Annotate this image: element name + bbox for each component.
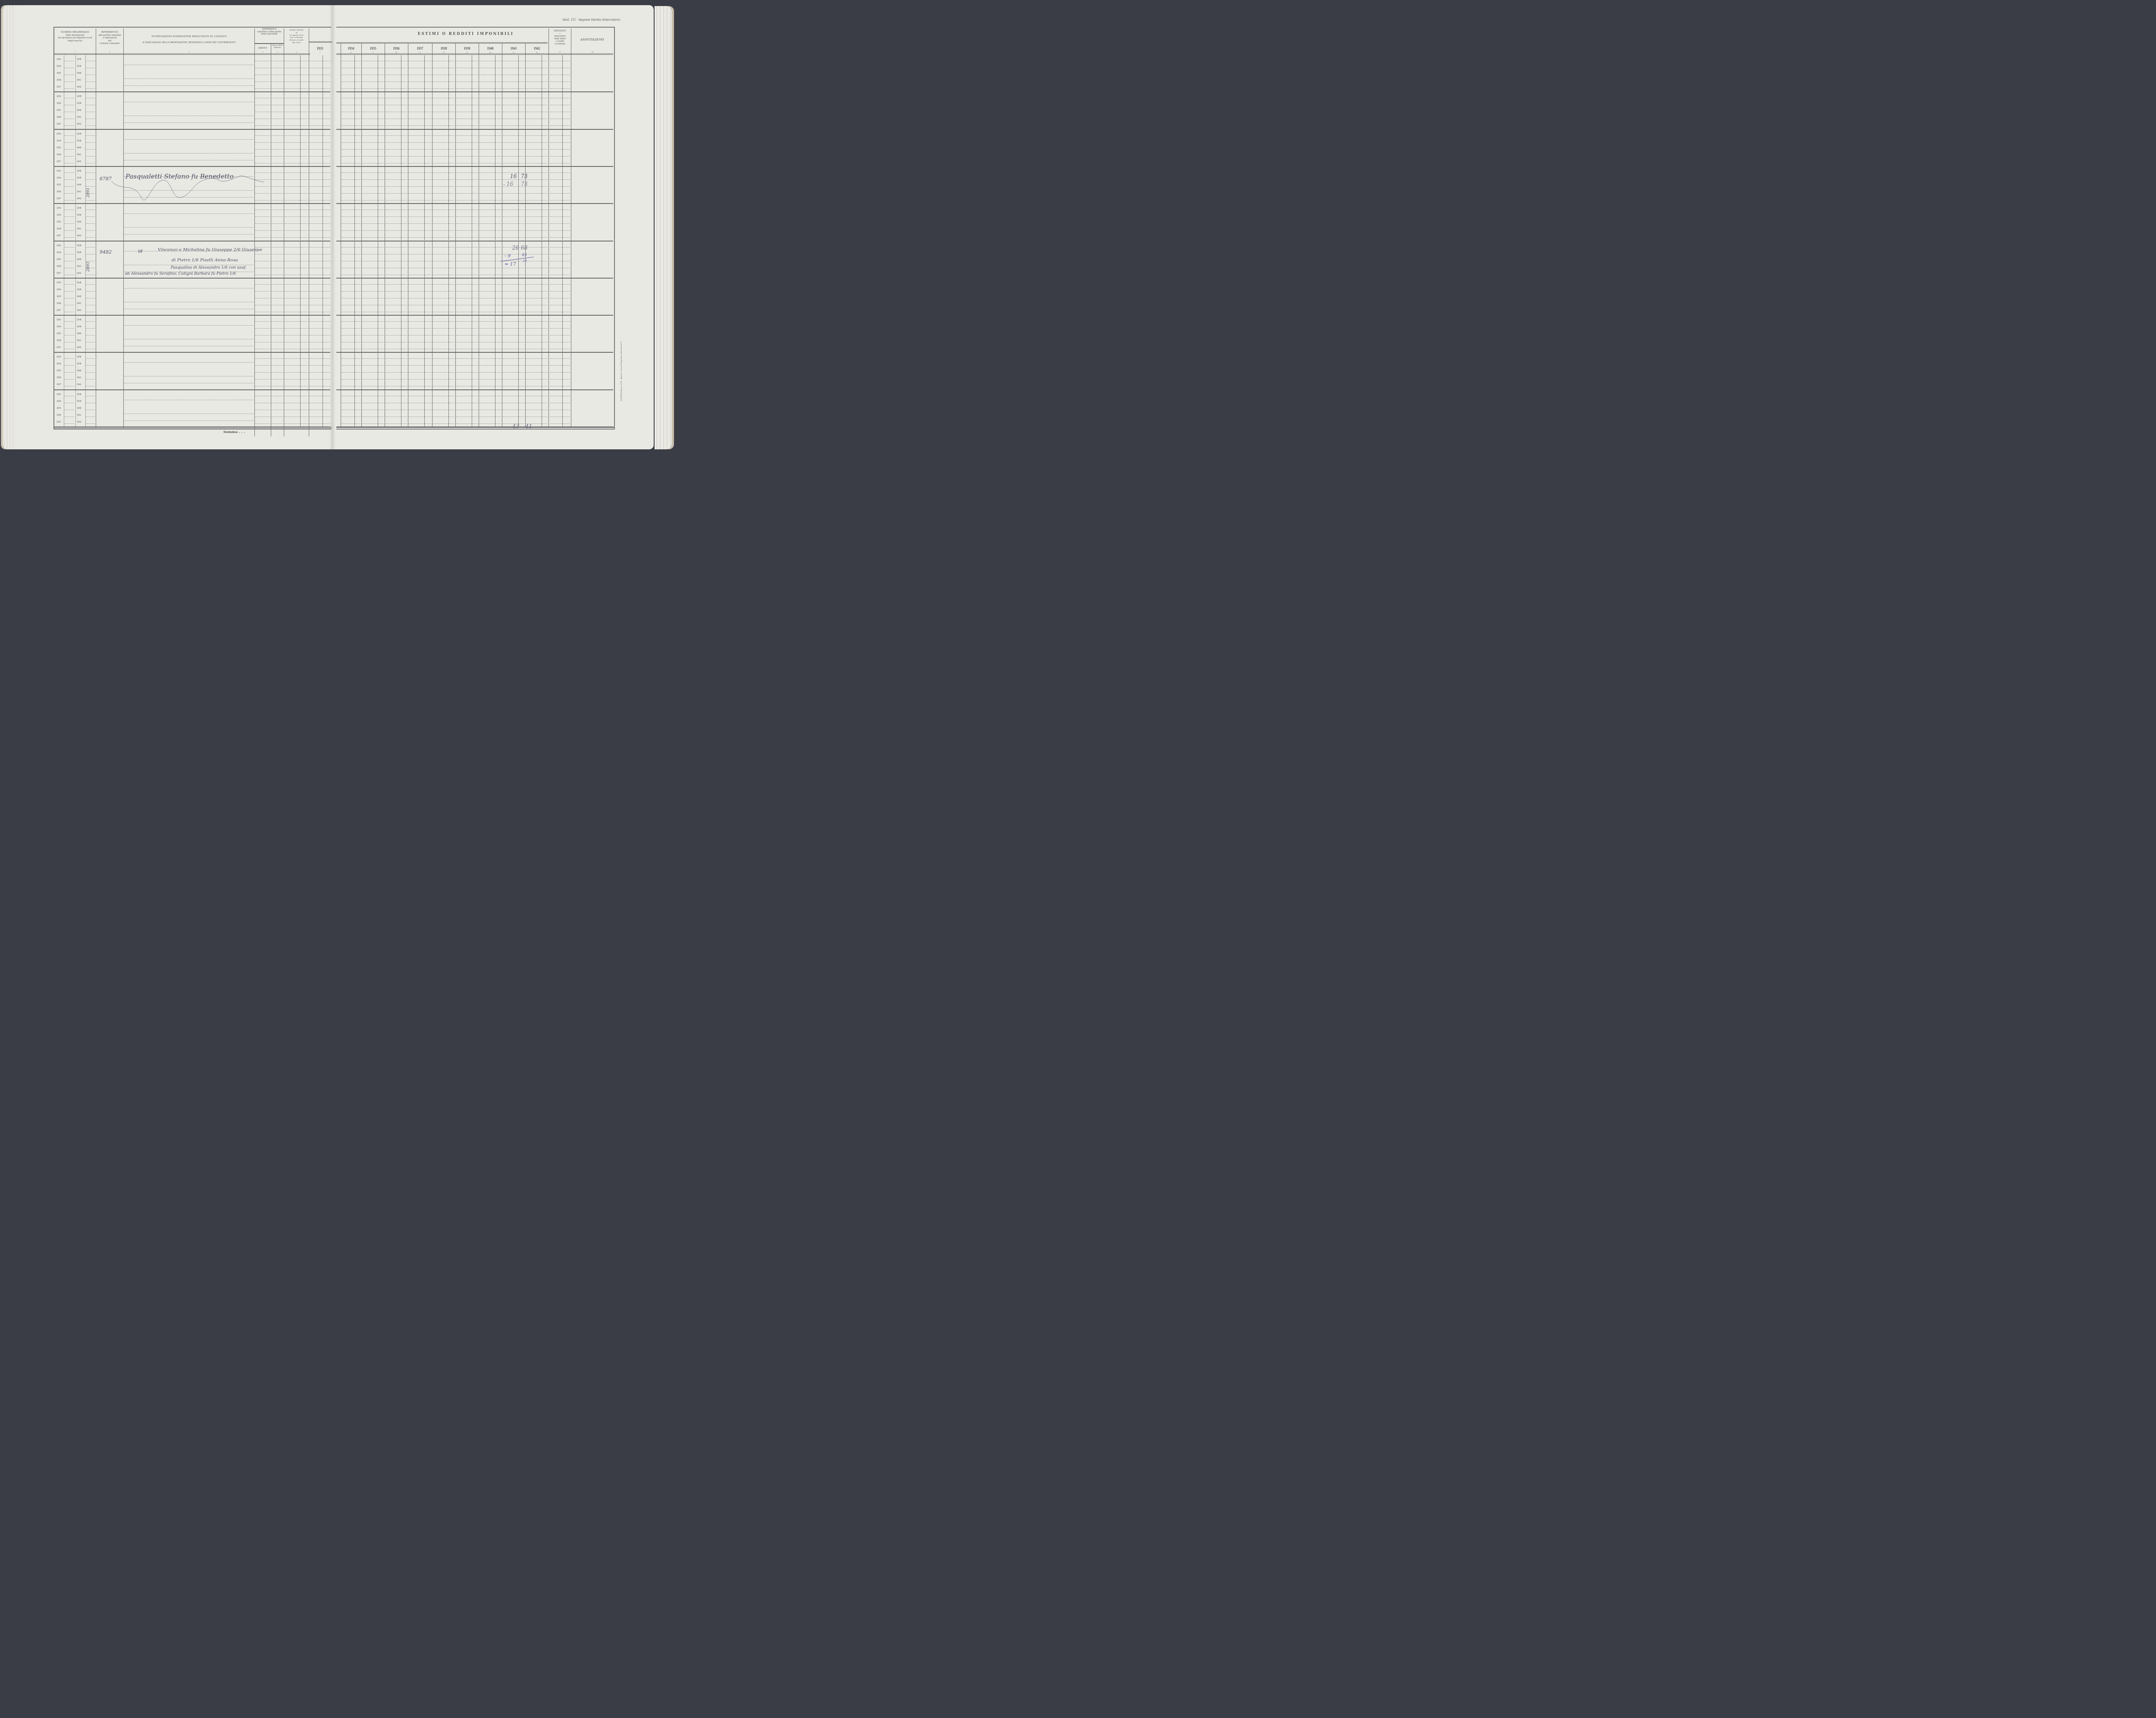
- row-year-label: 1941: [77, 191, 81, 193]
- row-year-label: 1933: [56, 58, 61, 61]
- row-year-label: 1933: [56, 133, 61, 135]
- row-year-label: 1941: [77, 265, 81, 268]
- row-year-label: 1935: [56, 184, 61, 186]
- row-year-label: 1939: [77, 102, 81, 105]
- row-year-label: 1936: [56, 302, 61, 305]
- row-year-label: 1940: [77, 184, 81, 186]
- row-year-label: 1933: [56, 207, 61, 210]
- row-year-label: 1935: [56, 109, 61, 112]
- row-year-label: 1934: [56, 65, 61, 68]
- row-year-label: 1936: [56, 228, 61, 230]
- row-year-label: 1940: [77, 221, 81, 223]
- row-year-label: 1941: [77, 228, 81, 230]
- row-year-label: 1941: [77, 414, 81, 417]
- row-year-label: 1935: [56, 370, 61, 372]
- row-year-label: 1942: [77, 421, 81, 423]
- row-year-label: 1938: [77, 207, 81, 210]
- row-year-label: 1938: [77, 58, 81, 61]
- row-year-label: 1936: [56, 116, 61, 119]
- row-year-label: 1942: [77, 160, 81, 163]
- header-numero-progressivo: NUMERO PROGRESSIVO delle intestazioni da…: [54, 31, 96, 42]
- row-year-label: 1938: [77, 282, 81, 284]
- row-year-label: 1937: [56, 123, 61, 125]
- header-estimi-imponibili: ESTIMI O REDDITI IMPONIBILI: [379, 32, 552, 36]
- col-num-2: 2: [96, 51, 123, 53]
- estimi-1941-value: - 16: [503, 181, 513, 187]
- header-estimi-1931: Estimi o Redditi al 31 agosto 1931 che s…: [284, 29, 309, 44]
- row-year-label: 1939: [77, 288, 81, 291]
- row-year-label: 1935: [56, 221, 61, 223]
- row-year-label: 1942: [77, 346, 81, 349]
- row-year-label: 1935: [56, 147, 61, 149]
- row-year-label: 1934: [56, 177, 61, 179]
- row-year-label: 1940: [77, 295, 81, 298]
- col-num-7: 7: [309, 51, 331, 53]
- row-year-label: 1940: [77, 258, 81, 261]
- estimi-1941-cents: 25: [523, 259, 527, 263]
- estimi-1941-cents: 73: [521, 173, 527, 179]
- row-year-label: 1937: [56, 160, 61, 163]
- row-year-label: 1939: [77, 400, 81, 403]
- row-year-label: 1938: [77, 95, 81, 98]
- row-year-label: 1939: [77, 214, 81, 216]
- row-year-label: 1937: [56, 235, 61, 237]
- header-specie-imposta: Specie della Imposta: [271, 44, 284, 49]
- col-num-5: 5: [271, 51, 284, 53]
- row-year-label: 1940: [77, 147, 81, 149]
- row-year-label: 1939: [77, 363, 81, 365]
- row-year-label: 1936: [56, 376, 61, 379]
- row-year-label: 1939: [77, 177, 81, 179]
- row-year-label: 1935: [56, 295, 61, 298]
- somma-1941-value: 43: [512, 423, 520, 430]
- row-year-label: 1936: [56, 154, 61, 156]
- somma-1941-cents: 41: [525, 423, 533, 430]
- header-year-1935: 1935: [361, 47, 385, 50]
- col-num-6: 6: [284, 51, 309, 53]
- header-year-1938: 1938: [432, 47, 455, 50]
- row-year-label: 1936: [56, 414, 61, 417]
- row-year-label: 1934: [56, 214, 61, 216]
- row-year-label: 1933: [56, 170, 61, 172]
- estimi-1941-value: = 17: [505, 261, 516, 267]
- row-year-label: 1934: [56, 140, 61, 142]
- entry-intestazione: Vincenzo e Michelina fu Giuseppe 2/6 Giu…: [158, 248, 262, 252]
- row-year-label: 1942: [77, 272, 81, 275]
- row-year-label: 1933: [56, 319, 61, 321]
- row-year-label: 1933: [56, 245, 61, 247]
- row-year-label: 1933: [56, 356, 61, 358]
- row-year-label: 1937: [56, 86, 61, 88]
- entry-numero-progressivo: 2891: [86, 188, 91, 198]
- row-year-label: 1933: [56, 393, 61, 396]
- header-annotazioni: ANNOTAZIONI: [580, 38, 604, 41]
- header-year-1936: 1936: [385, 47, 408, 50]
- row-year-label: 1937: [56, 198, 61, 200]
- row-year-label: 1937: [56, 383, 61, 386]
- header-year-1934: 1934: [341, 47, 361, 50]
- row-year-label: 1938: [77, 133, 81, 135]
- row-year-label: 1934: [56, 326, 61, 328]
- row-year-label: 1934: [56, 400, 61, 403]
- row-year-label: 1939: [77, 65, 81, 68]
- header-esenzioni: ESENZIONI — Ammontare degli estimi o red…: [549, 30, 571, 46]
- entry-intestazione: ab Alessandro fu Serafino; Cutigni Barba…: [125, 272, 236, 276]
- row-year-label: 1942: [77, 123, 81, 125]
- row-year-label: 1939: [77, 326, 81, 328]
- header-riferimenti-sussidiari: RIFERIMENTI sussidiari e delle partite s…: [255, 28, 284, 36]
- entry-partita: 6787: [100, 176, 112, 182]
- header-intestazioni: INTESTAZIONI NOMINATIVE RISULTANTI IN CA…: [124, 35, 254, 44]
- row-year-label: 1933: [56, 95, 61, 98]
- row-year-label: 1939: [77, 140, 81, 142]
- entry-intestazione: Pasqualina di Alessandro 1/6 con usuf.: [171, 266, 247, 270]
- row-year-label: 1941: [77, 79, 81, 82]
- row-year-label: 1933: [56, 282, 61, 284]
- row-year-label: 1938: [77, 245, 81, 247]
- row-year-label: 1939: [77, 251, 81, 254]
- row-year-label: 1937: [56, 272, 61, 275]
- printer-note: (4103631) Roma, 1931 - Anno X - Istituto…: [620, 341, 622, 401]
- row-year-label: 1938: [77, 356, 81, 358]
- entry-numero-progressivo: 2893: [86, 262, 91, 272]
- row-year-label: 1940: [77, 407, 81, 410]
- row-year-label: 1935: [56, 407, 61, 410]
- entry-marker: id: [138, 248, 143, 254]
- row-year-label: 1937: [56, 421, 61, 423]
- flourish-line: [111, 172, 266, 203]
- row-year-label: 1934: [56, 102, 61, 105]
- header-year-1942: 1942: [525, 47, 548, 50]
- row-year-label: 1935: [56, 72, 61, 75]
- row-year-label: 1941: [77, 339, 81, 342]
- row-year-label: 1940: [77, 332, 81, 335]
- header-year-1933: 1933: [309, 47, 331, 50]
- col-num-1: 1: [54, 51, 96, 53]
- row-year-label: 1935: [56, 258, 61, 261]
- row-year-label: 1940: [77, 370, 81, 372]
- row-year-label: 1938: [77, 319, 81, 321]
- row-year-label: 1942: [77, 86, 81, 88]
- row-year-label: 1942: [77, 235, 81, 237]
- row-year-label: 1936: [56, 79, 61, 82]
- entry-intestazione: di Pietro 1/6 Piselli Anna-Rosa: [172, 258, 238, 263]
- row-year-label: 1941: [77, 302, 81, 305]
- row-year-label: 1942: [77, 383, 81, 386]
- row-year-label: 1935: [56, 332, 61, 335]
- row-year-label: 1937: [56, 346, 61, 349]
- header-year-1940: 1940: [479, 47, 502, 50]
- row-year-label: 1937: [56, 309, 61, 312]
- left-table-frame: [53, 27, 331, 429]
- row-year-label: 1936: [56, 191, 61, 193]
- row-year-label: 1941: [77, 376, 81, 379]
- col-num-3: 3: [124, 51, 254, 53]
- header-year-1937: 1937: [408, 47, 432, 50]
- row-year-label: 1934: [56, 288, 61, 291]
- somma-label: Somma . . .: [223, 429, 245, 434]
- row-year-label: 1941: [77, 154, 81, 156]
- header-year-1941: 1941: [502, 47, 525, 50]
- header-year-1939: 1939: [455, 47, 479, 50]
- row-year-label: 1936: [56, 265, 61, 268]
- form-id: Mod. 111 - Imposte Dirette (Intercalare)…: [562, 18, 621, 22]
- col-num-4: 4: [255, 51, 271, 53]
- row-year-label: 1941: [77, 116, 81, 119]
- row-year-label: 1940: [77, 72, 81, 75]
- estimi-1941-cents: 73: [521, 181, 527, 187]
- right-page-stack: [655, 6, 672, 449]
- estimi-1941-value: 16: [510, 173, 517, 179]
- row-year-label: 1942: [77, 309, 81, 312]
- estimi-1941-value: 26: [512, 245, 519, 251]
- estimi-1941-cents: 68: [521, 245, 527, 251]
- header-partite: PARTITE: [255, 47, 271, 50]
- row-year-label: 1934: [56, 251, 61, 254]
- row-year-label: 1938: [77, 170, 81, 172]
- row-year-label: 1940: [77, 109, 81, 112]
- row-year-label: 1942: [77, 198, 81, 200]
- row-year-label: 1936: [56, 339, 61, 342]
- row-year-label: 1938: [77, 393, 81, 396]
- entry-partita: 9482: [100, 249, 112, 255]
- row-year-label: 1934: [56, 363, 61, 365]
- header-riferimento: RIFERIMENTO alla partita catastale e ind…: [96, 31, 123, 45]
